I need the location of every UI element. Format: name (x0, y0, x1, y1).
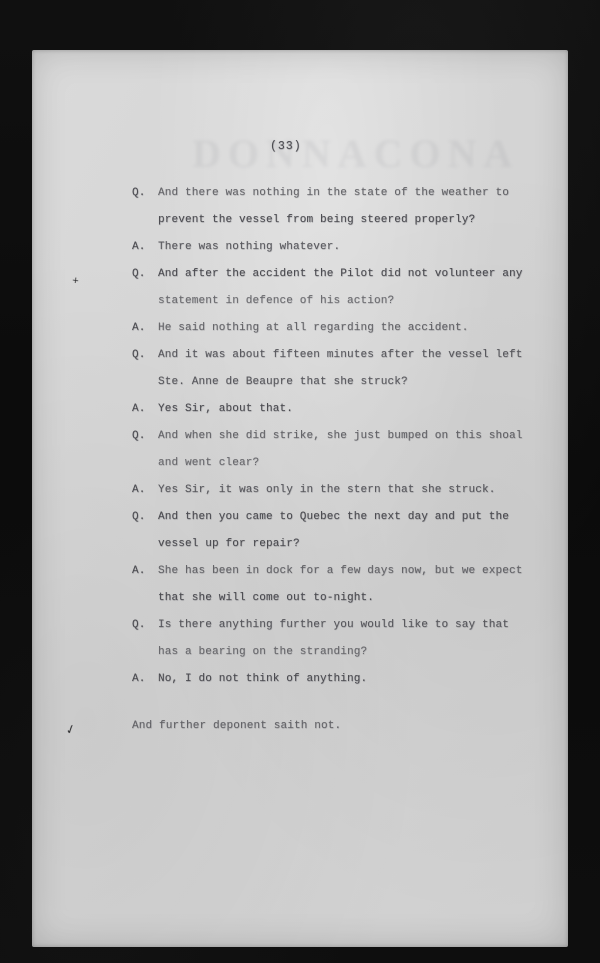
speaker-label: A. (132, 477, 158, 504)
qa-entry: A. There was nothing whatever. (132, 234, 550, 261)
qa-entry: A. No, I do not think of anything. (132, 666, 550, 693)
qa-entry: Q. And when she did strike, she just bum… (132, 423, 550, 477)
qa-entry: A. Yes Sir, about that. (132, 396, 550, 423)
qa-entry: Q. Is there anything further you would l… (132, 612, 550, 666)
speaker-label: Q. (132, 342, 158, 369)
qa-entry: Q. And it was about fifteen minutes afte… (132, 342, 550, 396)
speaker-label: Q. (132, 612, 158, 639)
speaker-label: A. (132, 558, 158, 585)
transcript-line: vessel up for repair? (158, 531, 550, 558)
transcript-line: No, I do not think of anything. (158, 666, 550, 693)
speaker-label: A. (132, 666, 158, 693)
speaker-label: A. (132, 234, 158, 261)
transcript-line: and went clear? (158, 450, 550, 477)
qa-entry: A. She has been in dock for a few days n… (132, 558, 550, 612)
transcript-line: Ste. Anne de Beaupre that she struck? (158, 369, 550, 396)
transcript-line: And it was about fifteen minutes after t… (158, 342, 550, 369)
closing-statement: And further deponent saith not. (132, 713, 550, 740)
speaker-label: Q. (132, 504, 158, 531)
qa-entry: Q. And there was nothing in the state of… (132, 180, 550, 234)
qa-entry: Q. And after the accident the Pilot did … (132, 261, 550, 315)
scanned-photograph-background: DONNACONA (33) + ✓ Q. And there was noth… (0, 0, 600, 963)
transcript-line: She has been in dock for a few days now,… (158, 558, 550, 585)
transcript-line: Yes Sir, it was only in the stern that s… (158, 477, 550, 504)
transcript-line: He said nothing at all regarding the acc… (158, 315, 550, 342)
transcript-line: has a bearing on the stranding? (158, 639, 550, 666)
transcript-line: Is there anything further you would like… (158, 612, 550, 639)
page-number: (33) (270, 140, 302, 153)
transcript-line: There was nothing whatever. (158, 234, 550, 261)
transcript-line: that she will come out to-night. (158, 585, 550, 612)
transcript-line: And there was nothing in the state of th… (158, 180, 550, 207)
speaker-label: Q. (132, 423, 158, 450)
transcript-line: Yes Sir, about that. (158, 396, 550, 423)
qa-entry: A. He said nothing at all regarding the … (132, 315, 550, 342)
transcript-body: Q. And there was nothing in the state of… (132, 180, 550, 740)
transcript-line: And then you came to Quebec the next day… (158, 504, 550, 531)
check-pen-mark-icon: ✓ (64, 719, 76, 739)
speaker-label: Q. (132, 261, 158, 288)
transcript-line: And when she did strike, she just bumped… (158, 423, 550, 450)
transcript-line: statement in defence of his action? (158, 288, 550, 315)
speaker-label: A. (132, 315, 158, 342)
qa-entry: A. Yes Sir, it was only in the stern tha… (132, 477, 550, 504)
speaker-label: Q. (132, 180, 158, 207)
faint-bleedthrough-watermark: DONNACONA (192, 130, 562, 177)
transcript-line: And after the accident the Pilot did not… (158, 261, 550, 288)
speaker-label: A. (132, 396, 158, 423)
qa-entry: Q. And then you came to Quebec the next … (132, 504, 550, 558)
document-page: DONNACONA (33) + ✓ Q. And there was noth… (32, 50, 568, 947)
transcript-line: prevent the vessel from being steered pr… (158, 207, 550, 234)
plus-pen-mark-icon: + (71, 276, 79, 289)
